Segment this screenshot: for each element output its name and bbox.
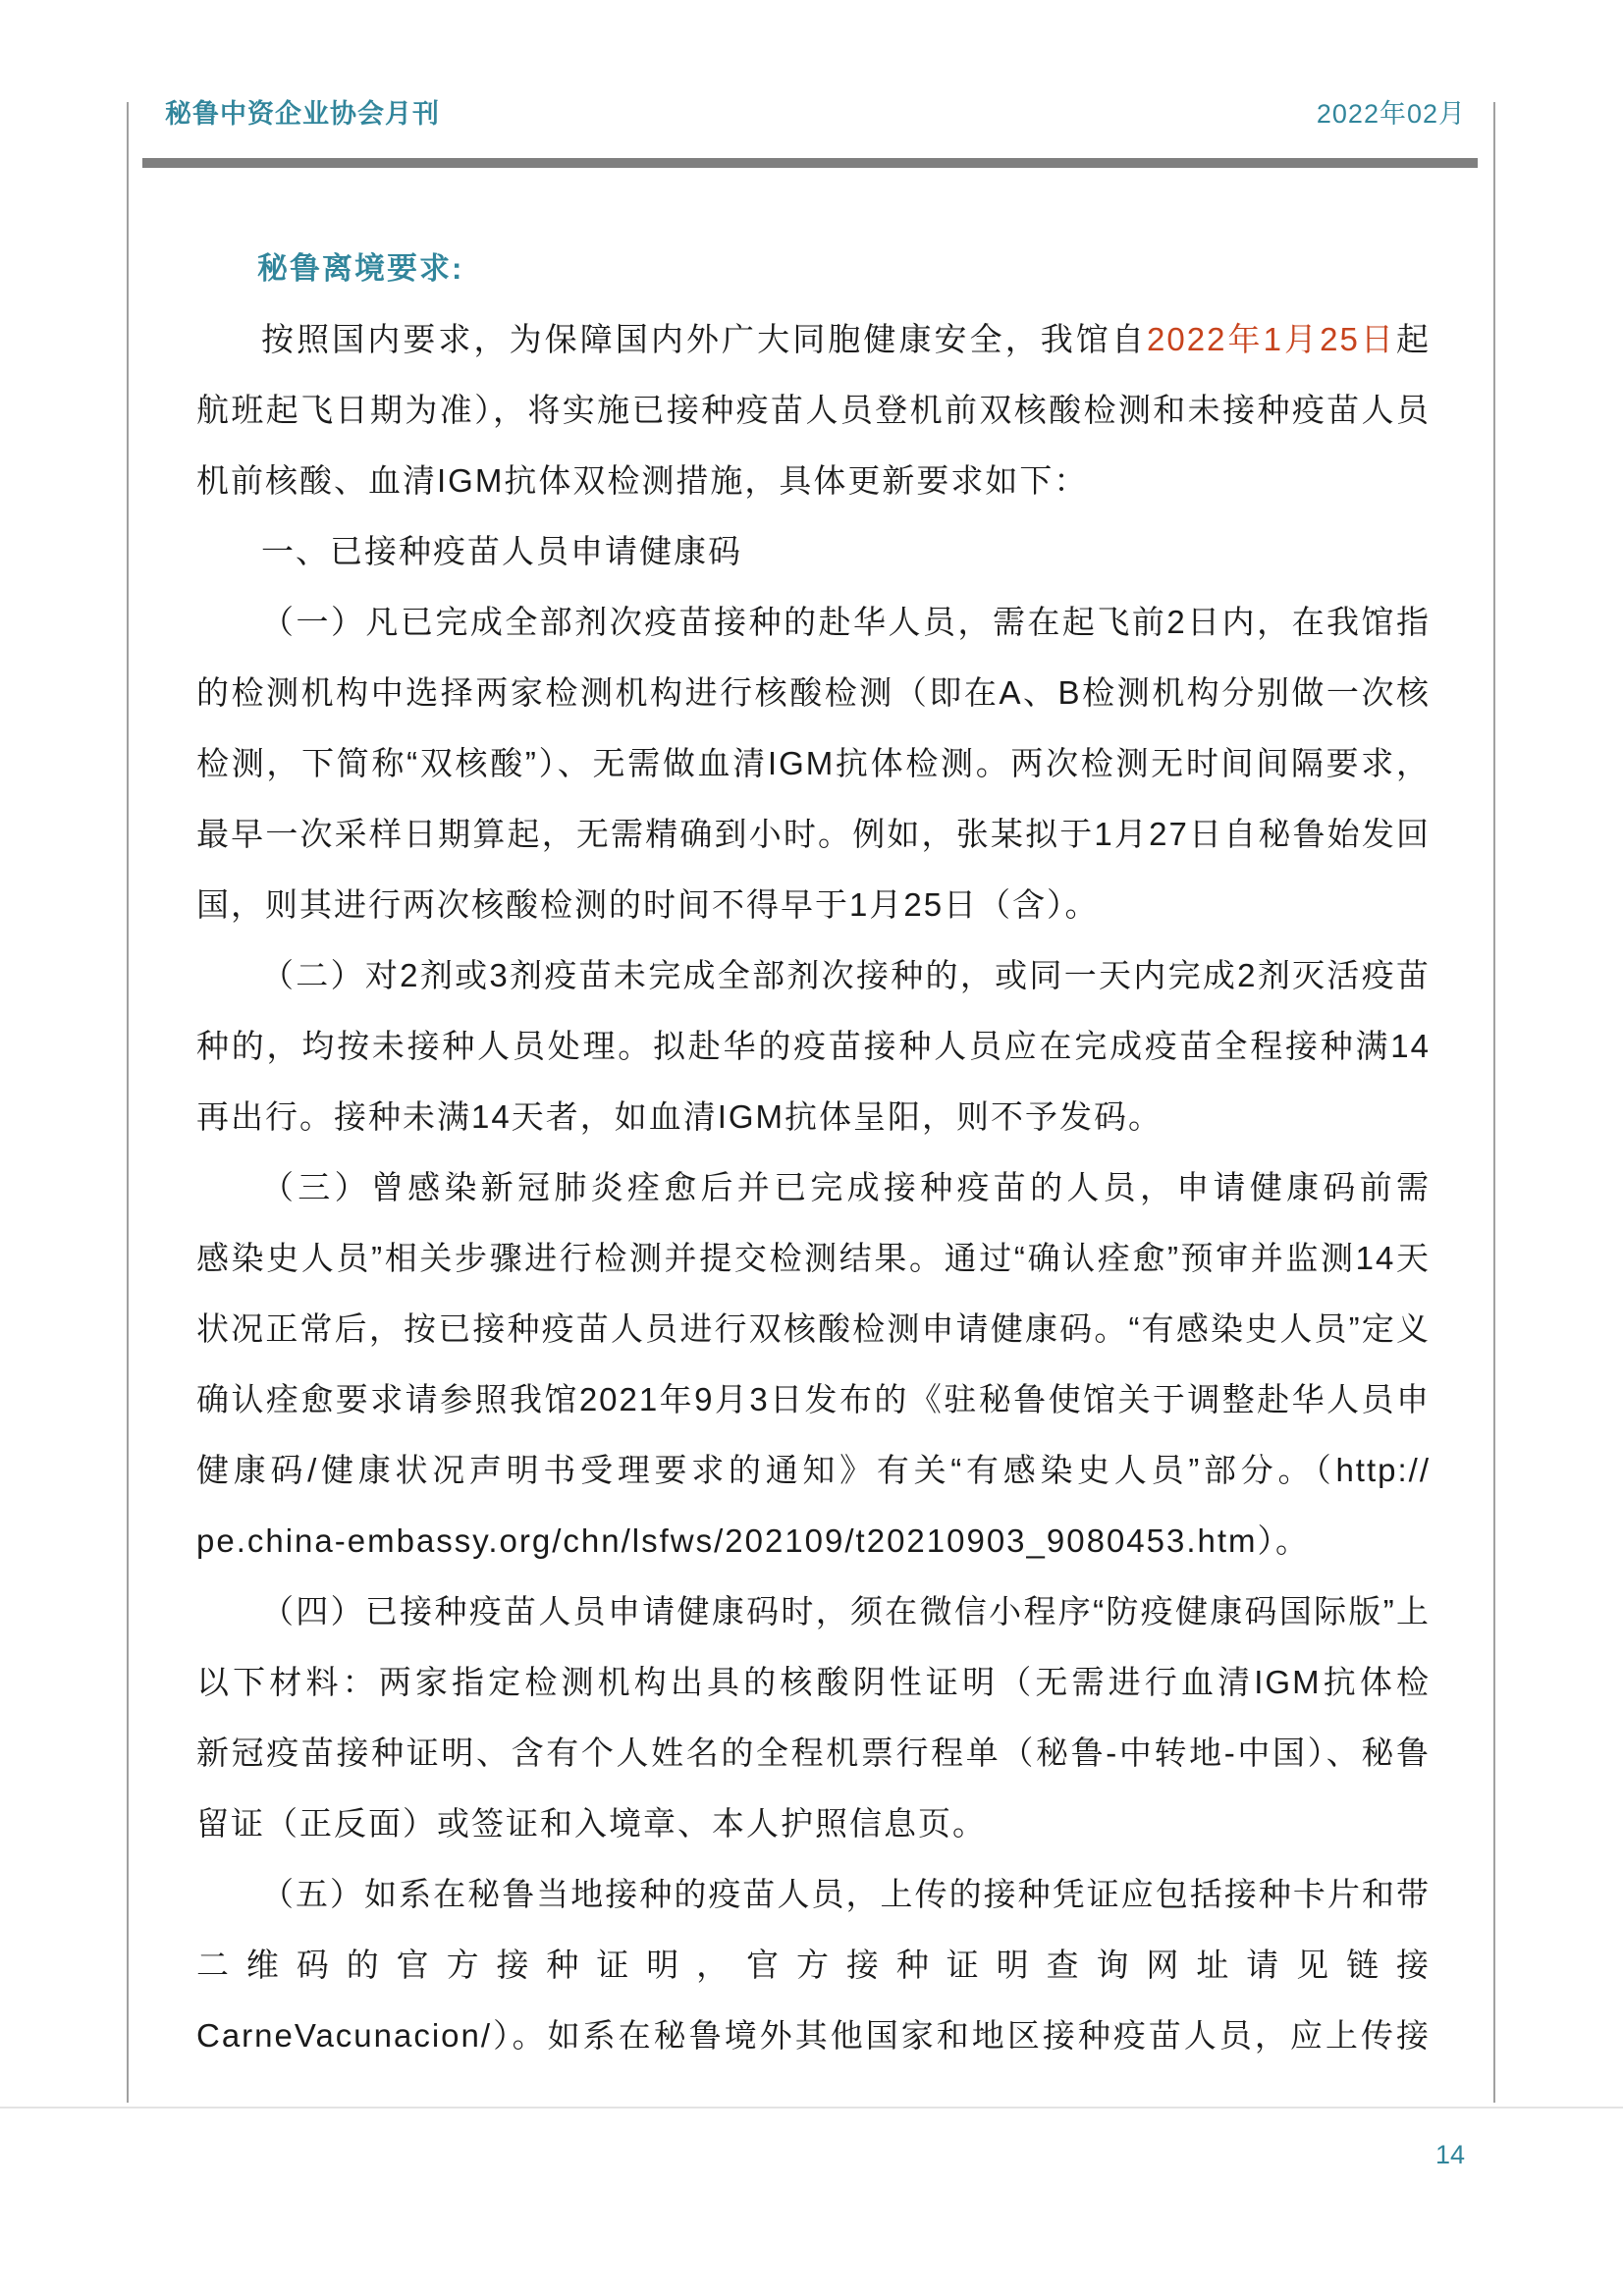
- text-segment: 按照国内要求，为保障国内外广大同胞健康安全，我馆自: [261, 321, 1147, 357]
- body-line: （二）对2剂或3剂疫苗未完成全部剂次接种的，或同一天内完成2剂灭活疫苗接: [196, 940, 1431, 1011]
- text-segment: 航班起飞日期为准），将实施已接种疫苗人员登机前双核酸检测和未接种疫苗人员登: [196, 392, 1431, 446]
- page-number: 14: [1426, 2140, 1475, 2170]
- header-rule: [142, 158, 1478, 168]
- text-segment: 秘鲁离境要求:: [257, 251, 463, 286]
- text-segment: （一）凡已完成全部剂次疫苗接种的赴华人员，需在起飞前2日内，在我馆指定: [196, 604, 1431, 658]
- text-segment: 确认痊愈要求请参照我馆2021年9月3日发布的《驻秘鲁使馆关于调整赴华人员申请: [196, 1381, 1431, 1435]
- header-date: 2022年02月: [1317, 94, 1466, 133]
- body-line: 留证（正反面）或签证和入境章、本人护照信息页。: [196, 1789, 1431, 1859]
- section-title: 秘鲁离境要求:: [196, 234, 1431, 304]
- body-line: 一、已接种疫苗人员申请健康码: [196, 516, 1431, 587]
- text-segment: 感染史人员”相关步骤进行检测并提交检测结果。通过“确认痊愈”预审并监测14天健康: [196, 1240, 1431, 1294]
- body-line: 确认痊愈要求请参照我馆2021年9月3日发布的《驻秘鲁使馆关于调整赴华人员申请: [196, 1364, 1431, 1435]
- body-line: 再出行。接种未满14天者，如血清IGM抗体呈阳，则不予发码。: [196, 1082, 1431, 1152]
- body-line: （五）如系在秘鲁当地接种的疫苗人员，上传的接种凭证应包括接种卡片和带有: [196, 1859, 1431, 1930]
- body-line: 以下材料：两家指定检测机构出具的核酸阴性证明（无需进行血清IGM抗体检测）、: [196, 1647, 1431, 1718]
- text-segment: 最早一次采样日期算起，无需精确到小时。例如，张某拟于1月27日自秘鲁始发回: [196, 816, 1431, 852]
- highlighted-date: 2022年1月25日: [1147, 321, 1396, 357]
- text-segment: 状况正常后，按已接种疫苗人员进行双核酸检测申请健康码。“有感染史人员”定义及: [196, 1310, 1431, 1364]
- body-line: 的检测机构中选择两家检测机构进行核酸检测（即在A、B检测机构分别做一次核酸: [196, 658, 1431, 728]
- body-line: 状况正常后，按已接种疫苗人员进行双核酸检测申请健康码。“有感染史人员”定义及: [196, 1294, 1431, 1364]
- page-border-right: [1493, 102, 1495, 2103]
- text-segment: （三）曾感染新冠肺炎痊愈后并已完成接种疫苗的人员，申请健康码前需按“有: [196, 1169, 1431, 1223]
- text-segment: （二）对2剂或3剂疫苗未完成全部剂次接种的，或同一天内完成2剂灭活疫苗接: [196, 957, 1431, 1011]
- header-title: 秘鲁中资企业协会月刊: [165, 94, 440, 133]
- body-line: 机前核酸、血清IGM抗体双检测措施，具体更新要求如下：: [196, 446, 1431, 516]
- text-segment: 新冠疫苗接种证明、含有个人姓名的全程机票行程单（秘鲁-中转地-中国）、秘鲁居: [196, 1735, 1431, 1789]
- footer-rule: [0, 2107, 1623, 2109]
- text-segment: pe.china-embassy.org/chn/lsfws/202109/t2…: [196, 1522, 1310, 1559]
- body-line: 航班起飞日期为准），将实施已接种疫苗人员登机前双核酸检测和未接种疫苗人员登: [196, 375, 1431, 446]
- text-segment: 一、已接种疫苗人员申请健康码: [261, 533, 742, 569]
- body-line: 最早一次采样日期算起，无需精确到小时。例如，张某拟于1月27日自秘鲁始发回: [196, 799, 1431, 870]
- text-segment: 检测，下简称“双核酸”）、无需做血清IGM抗体检测。两次检测无时间间隔要求，以: [196, 745, 1431, 799]
- text-segment: CarneVacunacion/）。如系在秘鲁境外其他国家和地区接种疫苗人员，应…: [196, 2017, 1431, 2071]
- body-line: pe.china-embassy.org/chn/lsfws/202109/t2…: [196, 1506, 1431, 1576]
- body-line: 感染史人员”相关步骤进行检测并提交检测结果。通过“确认痊愈”预审并监测14天健康: [196, 1223, 1431, 1294]
- body-line: 二维码的官方接种证明，官方接种证明查询网址请见链接（https://gis.mi…: [196, 1930, 1431, 2001]
- text-segment: （五）如系在秘鲁当地接种的疫苗人员，上传的接种凭证应包括接种卡片和带有: [196, 1876, 1431, 1930]
- body-line: 国，则其进行两次核酸检测的时间不得早于1月25日（含）。: [196, 870, 1431, 940]
- body-line: （三）曾感染新冠肺炎痊愈后并已完成接种疫苗的人员，申请健康码前需按“有: [196, 1152, 1431, 1223]
- text-segment: 的检测机构中选择两家检测机构进行核酸检测（即在A、B检测机构分别做一次核酸: [196, 674, 1431, 728]
- text-segment: 健康码/健康状况声明书受理要求的通知》有关“有感染史人员”部分。（http://: [196, 1452, 1431, 1488]
- body-line: （四）已接种疫苗人员申请健康码时，须在微信小程序“防疫健康码国际版”上传: [196, 1576, 1431, 1647]
- body-line: CarneVacunacion/）。如系在秘鲁境外其他国家和地区接种疫苗人员，应…: [196, 2001, 1431, 2071]
- body-line: 新冠疫苗接种证明、含有个人姓名的全程机票行程单（秘鲁-中转地-中国）、秘鲁居: [196, 1718, 1431, 1789]
- document-page: 秘鲁中资企业协会月刊 2022年02月 秘鲁离境要求:按照国内要求，为保障国内外…: [0, 0, 1623, 2296]
- body-line: 健康码/健康状况声明书受理要求的通知》有关“有感染史人员”部分。（http://: [196, 1435, 1431, 1506]
- page-border-left: [127, 102, 129, 2103]
- text-segment: 国，则其进行两次核酸检测的时间不得早于1月25日（含）。: [196, 886, 1100, 923]
- text-segment: （四）已接种疫苗人员申请健康码时，须在微信小程序“防疫健康码国际版”上传: [196, 1593, 1431, 1647]
- body-line: 种的，均按未接种人员处理。拟赴华的疫苗接种人员应在完成疫苗全程接种满14天后: [196, 1011, 1431, 1082]
- text-segment: 种的，均按未接种人员处理。拟赴华的疫苗接种人员应在完成疫苗全程接种满14天后: [196, 1028, 1431, 1082]
- body-line: 按照国内要求，为保障国内外广大同胞健康安全，我馆自2022年1月25日起（以: [196, 304, 1431, 375]
- text-segment: 机前核酸、血清IGM抗体双检测措施，具体更新要求如下：: [196, 462, 1088, 499]
- text-segment: 二维码的官方接种证明，官方接种证明查询网址请见链接（https://gis.mi…: [196, 1947, 1431, 2001]
- body-line: 检测，下简称“双核酸”）、无需做血清IGM抗体检测。两次检测无时间间隔要求，以: [196, 728, 1431, 799]
- document-body: 秘鲁离境要求:按照国内要求，为保障国内外广大同胞健康安全，我馆自2022年1月2…: [196, 234, 1431, 2071]
- text-segment: 以下材料：两家指定检测机构出具的核酸阴性证明（无需进行血清IGM抗体检测）、: [196, 1664, 1431, 1718]
- text-segment: 再出行。接种未满14天者，如血清IGM抗体呈阳，则不予发码。: [196, 1098, 1163, 1135]
- text-segment: 留证（正反面）或签证和入境章、本人护照信息页。: [196, 1805, 987, 1842]
- body-line: （一）凡已完成全部剂次疫苗接种的赴华人员，需在起飞前2日内，在我馆指定: [196, 587, 1431, 658]
